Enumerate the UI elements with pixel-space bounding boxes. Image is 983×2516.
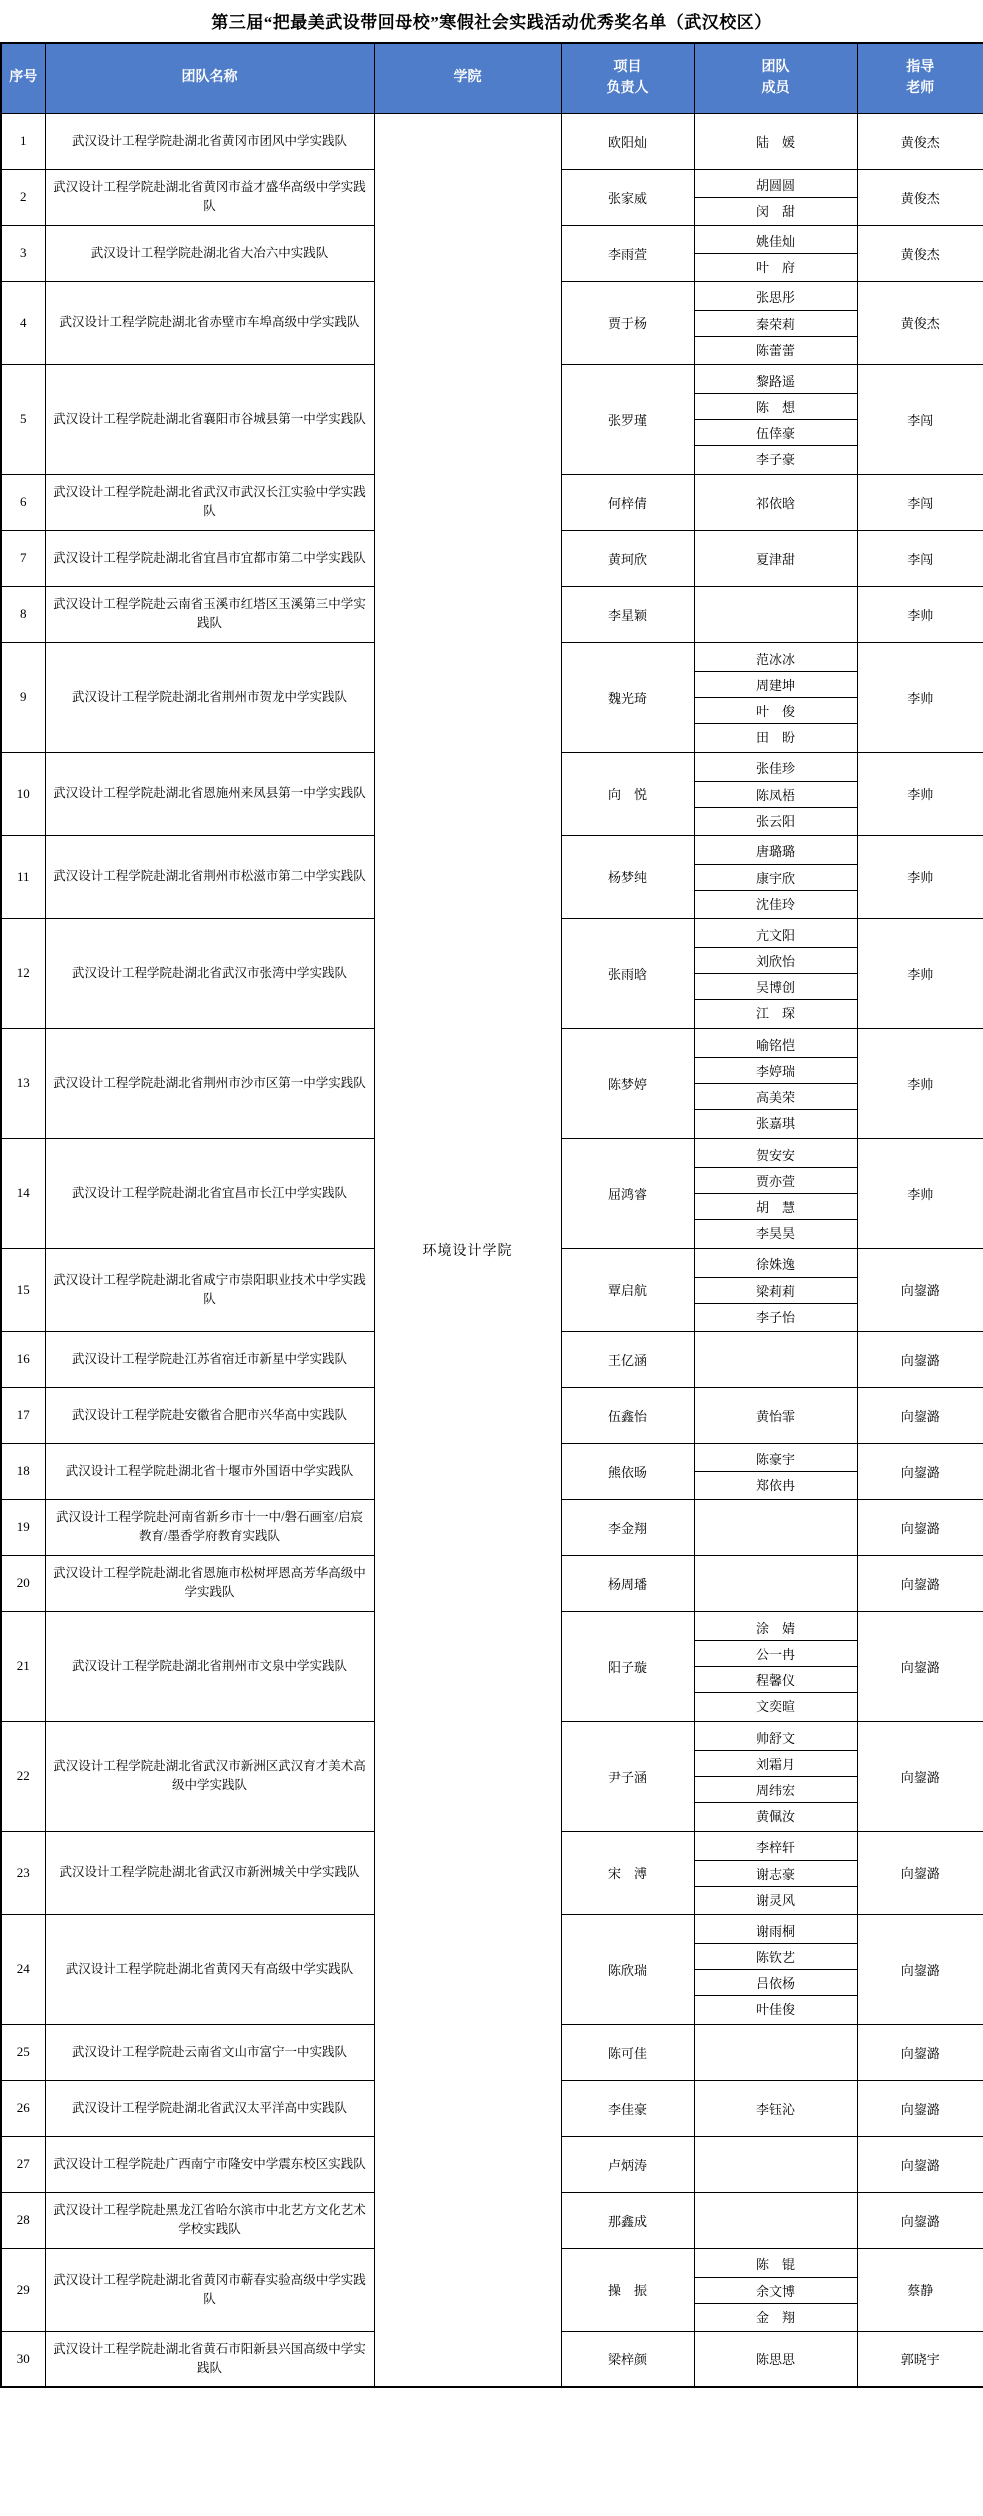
row-number-cell: 8 (1, 586, 45, 642)
member-item: 陈豪宇 (695, 1445, 857, 1471)
team-name-cell: 武汉设计工程学院赴湖北省大冶六中实践队 (45, 225, 374, 281)
member-item: 亢文阳 (695, 921, 857, 947)
members-cell: 唐璐璐康宇欣沈佳玲 (694, 835, 857, 918)
leader-cell: 陈梦婷 (561, 1028, 694, 1138)
team-name-cell: 武汉设计工程学院赴黑龙江省哈尔滨市中北艺方文化艺术学校实践队 (45, 2192, 374, 2248)
team-name-cell: 武汉设计工程学院赴湖北省武汉市新洲城关中学实践队 (45, 1831, 374, 1914)
member-item: 李钰沁 (695, 2095, 857, 2121)
row-number-cell: 13 (1, 1028, 45, 1138)
row-number-cell: 25 (1, 2024, 45, 2080)
row-number-cell: 22 (1, 1721, 45, 1831)
row-number-cell: 6 (1, 474, 45, 530)
page-title: 第三届“把最美武设带回母校”寒假社会实践活动优秀奖名单（武汉校区） (0, 0, 983, 42)
header-college: 学院 (374, 43, 561, 113)
members-cell: 陈思思 (694, 2331, 857, 2387)
leader-cell: 覃启航 (561, 1248, 694, 1331)
member-stack: 陈豪宇郑依冉 (695, 1445, 857, 1497)
members-cell: 祁依晗 (694, 474, 857, 530)
teacher-cell: 蔡静 (857, 2248, 983, 2331)
leader-cell: 操 振 (561, 2248, 694, 2331)
team-name-cell: 武汉设计工程学院赴湖北省黄冈市蕲春实验高级中学实践队 (45, 2248, 374, 2331)
team-name-cell: 武汉设计工程学院赴湖北省黄冈天有高级中学实践队 (45, 1914, 374, 2024)
member-item: 江 琛 (695, 999, 857, 1025)
teacher-cell: 向鋆潞 (857, 1443, 983, 1499)
teacher-cell: 向鋆潞 (857, 1248, 983, 1331)
member-item: 陈 锟 (695, 2251, 857, 2277)
teacher-cell: 李帅 (857, 642, 983, 752)
member-item: 唐璐璐 (695, 838, 857, 864)
team-name-cell: 武汉设计工程学院赴湖北省恩施州来凤县第一中学实践队 (45, 752, 374, 835)
member-item (695, 2039, 857, 2065)
team-name-cell: 武汉设计工程学院赴云南省文山市富宁一中实践队 (45, 2024, 374, 2080)
leader-cell: 向 悦 (561, 752, 694, 835)
member-stack: 唐璐璐康宇欣沈佳玲 (695, 838, 857, 916)
college-cell: 环境设计学院 (374, 113, 561, 2387)
row-number-cell: 9 (1, 642, 45, 752)
member-stack: 祁依晗 (695, 489, 857, 515)
leader-cell: 宋 溥 (561, 1831, 694, 1914)
members-cell: 陈 锟余文博金 翔 (694, 2248, 857, 2331)
member-item: 谢志豪 (695, 1860, 857, 1886)
member-item: 郑依冉 (695, 1471, 857, 1497)
header-team-name: 团队名称 (45, 43, 374, 113)
team-name-cell: 武汉设计工程学院赴湖北省十堰市外国语中学实践队 (45, 1443, 374, 1499)
members-cell (694, 1499, 857, 1555)
members-cell: 涂 婧公一冉程馨仪文奕暄 (694, 1611, 857, 1721)
row-number-cell: 21 (1, 1611, 45, 1721)
row-number-cell: 16 (1, 1331, 45, 1387)
row-number-cell: 23 (1, 1831, 45, 1914)
team-name-cell: 武汉设计工程学院赴湖北省武汉市张湾中学实践队 (45, 918, 374, 1028)
row-number-cell: 1 (1, 113, 45, 169)
teacher-cell: 李闯 (857, 530, 983, 586)
leader-cell: 阳子璇 (561, 1611, 694, 1721)
member-item: 梁莉莉 (695, 1277, 857, 1303)
team-name-cell: 武汉设计工程学院赴湖北省荆州市贺龙中学实践队 (45, 642, 374, 752)
leader-cell: 张雨晗 (561, 918, 694, 1028)
row-number-cell: 14 (1, 1138, 45, 1248)
row-number-cell: 5 (1, 364, 45, 474)
member-item: 余文博 (695, 2277, 857, 2303)
team-name-cell: 武汉设计工程学院赴湖北省黄石市阳新县兴国高级中学实践队 (45, 2331, 374, 2387)
leader-cell: 黄珂欣 (561, 530, 694, 586)
member-item: 吴博创 (695, 973, 857, 999)
leader-cell: 尹子涵 (561, 1721, 694, 1831)
members-cell: 张佳珍陈凤梧张云阳 (694, 752, 857, 835)
member-item: 张嘉琪 (695, 1109, 857, 1135)
leader-cell: 李金翔 (561, 1499, 694, 1555)
member-item: 程馨仪 (695, 1666, 857, 1692)
teacher-cell: 向鋆潞 (857, 2136, 983, 2192)
teacher-cell: 李帅 (857, 918, 983, 1028)
teacher-cell: 黄俊杰 (857, 281, 983, 364)
row-number-cell: 26 (1, 2080, 45, 2136)
row-number-cell: 30 (1, 2331, 45, 2387)
teacher-cell: 黄俊杰 (857, 113, 983, 169)
header-no: 序号 (1, 43, 45, 113)
row-number-cell: 24 (1, 1914, 45, 2024)
teacher-cell: 向鋆潞 (857, 1721, 983, 1831)
member-stack: 夏津甜 (695, 545, 857, 571)
members-cell: 张思彤秦荣莉陈蕾蕾 (694, 281, 857, 364)
row-number-cell: 17 (1, 1387, 45, 1443)
members-cell: 范冰冰周建坤叶 俊田 盼 (694, 642, 857, 752)
leader-cell: 张罗瑾 (561, 364, 694, 474)
member-stack: 涂 婧公一冉程馨仪文奕暄 (695, 1614, 857, 1718)
member-stack: 黎路遥陈 想伍倖豪李子豪 (695, 367, 857, 471)
members-cell: 姚佳灿叶 府 (694, 225, 857, 281)
members-cell (694, 1555, 857, 1611)
member-stack: 贺安安贾亦萱胡 慧李昊昊 (695, 1141, 857, 1245)
member-item: 刘霜月 (695, 1750, 857, 1776)
leader-cell: 魏光琦 (561, 642, 694, 752)
teacher-cell: 向鋆潞 (857, 1831, 983, 1914)
leader-cell: 熊依旸 (561, 1443, 694, 1499)
member-item: 帅舒文 (695, 1724, 857, 1750)
leader-cell: 陈欣瑞 (561, 1914, 694, 2024)
team-name-cell: 武汉设计工程学院赴湖北省荆州市沙市区第一中学实践队 (45, 1028, 374, 1138)
team-name-cell: 武汉设计工程学院赴湖北省黄冈市团风中学实践队 (45, 113, 374, 169)
members-cell (694, 2192, 857, 2248)
member-item: 叶 府 (695, 253, 857, 279)
member-stack: 张佳珍陈凤梧张云阳 (695, 755, 857, 833)
members-cell: 徐姝逸梁莉莉李子怡 (694, 1248, 857, 1331)
member-item: 叶佳俊 (695, 1995, 857, 2021)
page: 第三届“把最美武设带回母校”寒假社会实践活动优秀奖名单（武汉校区） 序号 团队名… (0, 0, 983, 2388)
members-cell: 夏津甜 (694, 530, 857, 586)
members-cell: 帅舒文刘霜月周纬宏黄佩汝 (694, 1721, 857, 1831)
member-stack: 姚佳灿叶 府 (695, 227, 857, 279)
team-name-cell: 武汉设计工程学院赴湖北省恩施市松树坪恩高芳华高级中学实践队 (45, 1555, 374, 1611)
member-item: 涂 婧 (695, 1614, 857, 1640)
member-stack (695, 1570, 857, 1596)
teacher-cell: 李闯 (857, 364, 983, 474)
leader-cell: 王亿涵 (561, 1331, 694, 1387)
row-number-cell: 12 (1, 918, 45, 1028)
team-name-cell: 武汉设计工程学院赴湖北省荆州市松滋市第二中学实践队 (45, 835, 374, 918)
leader-cell: 梁梓颜 (561, 2331, 694, 2387)
member-stack: 徐姝逸梁莉莉李子怡 (695, 1251, 857, 1329)
teacher-cell: 向鋆潞 (857, 1331, 983, 1387)
member-stack: 陈 锟余文博金 翔 (695, 2251, 857, 2329)
awards-table: 序号 团队名称 学院 项目 负责人 团队 成员 指导 老师 1武汉设计工程学院赴… (0, 42, 983, 2388)
member-item: 胡 慧 (695, 1193, 857, 1219)
table-body: 1武汉设计工程学院赴湖北省黄冈市团风中学实践队环境设计学院欧阳灿陆 媛黄俊杰2武… (1, 113, 983, 2387)
row-number-cell: 15 (1, 1248, 45, 1331)
leader-cell: 卢炳涛 (561, 2136, 694, 2192)
leader-cell: 屈鸿睿 (561, 1138, 694, 1248)
member-item: 黄佩汝 (695, 1802, 857, 1828)
table-header: 序号 团队名称 学院 项目 负责人 团队 成员 指导 老师 (1, 43, 983, 113)
leader-cell: 欧阳灿 (561, 113, 694, 169)
member-item: 张佳珍 (695, 755, 857, 781)
leader-cell: 李星颖 (561, 586, 694, 642)
members-cell (694, 2136, 857, 2192)
member-item: 文奕暄 (695, 1692, 857, 1718)
member-stack: 帅舒文刘霜月周纬宏黄佩汝 (695, 1724, 857, 1828)
members-cell: 谢雨桐陈钦艺吕依杨叶佳俊 (694, 1914, 857, 2024)
leader-cell: 贾于杨 (561, 281, 694, 364)
row-number-cell: 7 (1, 530, 45, 586)
teacher-cell: 李帅 (857, 1138, 983, 1248)
member-item: 祁依晗 (695, 489, 857, 515)
team-name-cell: 武汉设计工程学院赴湖北省赤壁市车埠高级中学实践队 (45, 281, 374, 364)
teacher-cell: 李帅 (857, 835, 983, 918)
members-cell: 李钰沁 (694, 2080, 857, 2136)
member-stack (695, 2039, 857, 2065)
member-item: 周纬宏 (695, 1776, 857, 1802)
leader-cell: 杨周璠 (561, 1555, 694, 1611)
row-number-cell: 29 (1, 2248, 45, 2331)
team-name-cell: 武汉设计工程学院赴湖北省武汉市武汉长江实验中学实践队 (45, 474, 374, 530)
member-item: 范冰冰 (695, 645, 857, 671)
member-item: 李昊昊 (695, 1219, 857, 1245)
members-cell: 李梓轩谢志豪谢灵风 (694, 1831, 857, 1914)
member-item: 李子怡 (695, 1303, 857, 1329)
teacher-cell: 黄俊杰 (857, 225, 983, 281)
member-stack (695, 2151, 857, 2177)
table-row: 1武汉设计工程学院赴湖北省黄冈市团风中学实践队环境设计学院欧阳灿陆 媛黄俊杰 (1, 113, 983, 169)
row-number-cell: 11 (1, 835, 45, 918)
member-stack (695, 1346, 857, 1372)
member-item: 陈思思 (695, 2346, 857, 2372)
leader-cell: 何梓倩 (561, 474, 694, 530)
member-stack (695, 1514, 857, 1540)
teacher-cell: 郭晓宇 (857, 2331, 983, 2387)
member-stack: 黄怡霏 (695, 1402, 857, 1428)
member-item: 李梓轩 (695, 1834, 857, 1860)
teacher-cell: 李帅 (857, 586, 983, 642)
member-item: 陈 想 (695, 393, 857, 419)
teacher-cell: 向鋆潞 (857, 1555, 983, 1611)
teacher-cell: 黄俊杰 (857, 169, 983, 225)
teacher-cell: 向鋆潞 (857, 2192, 983, 2248)
member-item: 高美荣 (695, 1083, 857, 1109)
teacher-cell: 向鋆潞 (857, 2080, 983, 2136)
member-item: 谢雨桐 (695, 1917, 857, 1943)
team-name-cell: 武汉设计工程学院赴云南省玉溪市红塔区玉溪第三中学实践队 (45, 586, 374, 642)
row-number-cell: 3 (1, 225, 45, 281)
members-cell (694, 1331, 857, 1387)
member-stack: 喻铭恺李婷瑞高美荣张嘉琪 (695, 1031, 857, 1135)
member-item: 刘欣怡 (695, 947, 857, 973)
member-item: 谢灵风 (695, 1886, 857, 1912)
member-stack: 张思彤秦荣莉陈蕾蕾 (695, 284, 857, 362)
header-project-leader: 项目 负责人 (561, 43, 694, 113)
team-name-cell: 武汉设计工程学院赴湖北省荆州市文泉中学实践队 (45, 1611, 374, 1721)
row-number-cell: 27 (1, 2136, 45, 2192)
members-cell (694, 586, 857, 642)
member-stack: 胡圆圆闵 甜 (695, 171, 857, 223)
member-item: 陈蕾蕾 (695, 336, 857, 362)
teacher-cell: 向鋆潞 (857, 1914, 983, 2024)
member-stack: 谢雨桐陈钦艺吕依杨叶佳俊 (695, 1917, 857, 2021)
row-number-cell: 28 (1, 2192, 45, 2248)
header-advisor: 指导 老师 (857, 43, 983, 113)
members-cell (694, 2024, 857, 2080)
members-cell: 亢文阳刘欣怡吴博创江 琛 (694, 918, 857, 1028)
member-item: 叶 俊 (695, 697, 857, 723)
member-item: 闵 甜 (695, 197, 857, 223)
member-stack: 李钰沁 (695, 2095, 857, 2121)
member-item: 徐姝逸 (695, 1251, 857, 1277)
teacher-cell: 李帅 (857, 1028, 983, 1138)
team-name-cell: 武汉设计工程学院赴湖北省宜昌市长江中学实践队 (45, 1138, 374, 1248)
member-item: 李子豪 (695, 445, 857, 471)
leader-cell: 李佳豪 (561, 2080, 694, 2136)
leader-cell: 伍鑫怡 (561, 1387, 694, 1443)
member-stack (695, 601, 857, 627)
member-stack (695, 2207, 857, 2233)
leader-cell: 张家威 (561, 169, 694, 225)
leader-cell: 那鑫成 (561, 2192, 694, 2248)
teacher-cell: 李闯 (857, 474, 983, 530)
member-item: 康宇欣 (695, 864, 857, 890)
member-item: 黄怡霏 (695, 1402, 857, 1428)
member-item: 陈钦艺 (695, 1943, 857, 1969)
member-item (695, 1570, 857, 1596)
leader-cell: 杨梦纯 (561, 835, 694, 918)
member-item: 公一冉 (695, 1640, 857, 1666)
teacher-cell: 向鋆潞 (857, 2024, 983, 2080)
teacher-cell: 李帅 (857, 752, 983, 835)
members-cell: 黎路遥陈 想伍倖豪李子豪 (694, 364, 857, 474)
teacher-cell: 向鋆潞 (857, 1387, 983, 1443)
team-name-cell: 武汉设计工程学院赴湖北省宜昌市宜都市第二中学实践队 (45, 530, 374, 586)
member-item: 吕依杨 (695, 1969, 857, 1995)
member-stack: 陈思思 (695, 2346, 857, 2372)
row-number-cell: 19 (1, 1499, 45, 1555)
row-number-cell: 4 (1, 281, 45, 364)
team-name-cell: 武汉设计工程学院赴安徽省合肥市兴华高中实践队 (45, 1387, 374, 1443)
teacher-cell: 向鋆潞 (857, 1611, 983, 1721)
member-item (695, 1514, 857, 1540)
row-number-cell: 20 (1, 1555, 45, 1611)
member-item: 张云阳 (695, 807, 857, 833)
members-cell: 胡圆圆闵 甜 (694, 169, 857, 225)
member-item (695, 601, 857, 627)
row-number-cell: 10 (1, 752, 45, 835)
member-item: 田 盼 (695, 723, 857, 749)
member-item: 周建坤 (695, 671, 857, 697)
member-item: 姚佳灿 (695, 227, 857, 253)
members-cell: 陈豪宇郑依冉 (694, 1443, 857, 1499)
team-name-cell: 武汉设计工程学院赴湖北省武汉太平洋高中实践队 (45, 2080, 374, 2136)
member-item: 黎路遥 (695, 367, 857, 393)
header-team-members: 团队 成员 (694, 43, 857, 113)
member-item: 伍倖豪 (695, 419, 857, 445)
team-name-cell: 武汉设计工程学院赴江苏省宿迁市新星中学实践队 (45, 1331, 374, 1387)
member-item: 李婷瑞 (695, 1057, 857, 1083)
header-row: 序号 团队名称 学院 项目 负责人 团队 成员 指导 老师 (1, 43, 983, 113)
members-cell: 喻铭恺李婷瑞高美荣张嘉琪 (694, 1028, 857, 1138)
members-cell: 陆 媛 (694, 113, 857, 169)
team-name-cell: 武汉设计工程学院赴湖北省武汉市新洲区武汉育才美术高级中学实践队 (45, 1721, 374, 1831)
member-item: 陆 媛 (695, 128, 857, 154)
row-number-cell: 2 (1, 169, 45, 225)
team-name-cell: 武汉设计工程学院赴广西南宁市隆安中学震东校区实践队 (45, 2136, 374, 2192)
member-item: 沈佳玲 (695, 890, 857, 916)
row-number-cell: 18 (1, 1443, 45, 1499)
member-item (695, 2207, 857, 2233)
member-item: 胡圆圆 (695, 171, 857, 197)
member-item: 夏津甜 (695, 545, 857, 571)
member-item: 贾亦萱 (695, 1167, 857, 1193)
members-cell: 贺安安贾亦萱胡 慧李昊昊 (694, 1138, 857, 1248)
team-name-cell: 武汉设计工程学院赴湖北省黄冈市益才盛华高级中学实践队 (45, 169, 374, 225)
member-item: 秦荣莉 (695, 310, 857, 336)
member-item: 贺安安 (695, 1141, 857, 1167)
team-name-cell: 武汉设计工程学院赴湖北省襄阳市谷城县第一中学实践队 (45, 364, 374, 474)
member-stack: 范冰冰周建坤叶 俊田 盼 (695, 645, 857, 749)
member-item: 张思彤 (695, 284, 857, 310)
team-name-cell: 武汉设计工程学院赴河南省新乡市十一中/磐石画室/启宸教育/墨香学府教育实践队 (45, 1499, 374, 1555)
member-stack: 亢文阳刘欣怡吴博创江 琛 (695, 921, 857, 1025)
teacher-cell: 向鋆潞 (857, 1499, 983, 1555)
member-item: 陈凤梧 (695, 781, 857, 807)
member-stack: 陆 媛 (695, 128, 857, 154)
member-item: 喻铭恺 (695, 1031, 857, 1057)
member-item (695, 2151, 857, 2177)
member-item: 金 翔 (695, 2303, 857, 2329)
members-cell: 黄怡霏 (694, 1387, 857, 1443)
member-item (695, 1346, 857, 1372)
leader-cell: 李雨萱 (561, 225, 694, 281)
leader-cell: 陈可佳 (561, 2024, 694, 2080)
team-name-cell: 武汉设计工程学院赴湖北省咸宁市崇阳职业技术中学实践队 (45, 1248, 374, 1331)
member-stack: 李梓轩谢志豪谢灵风 (695, 1834, 857, 1912)
